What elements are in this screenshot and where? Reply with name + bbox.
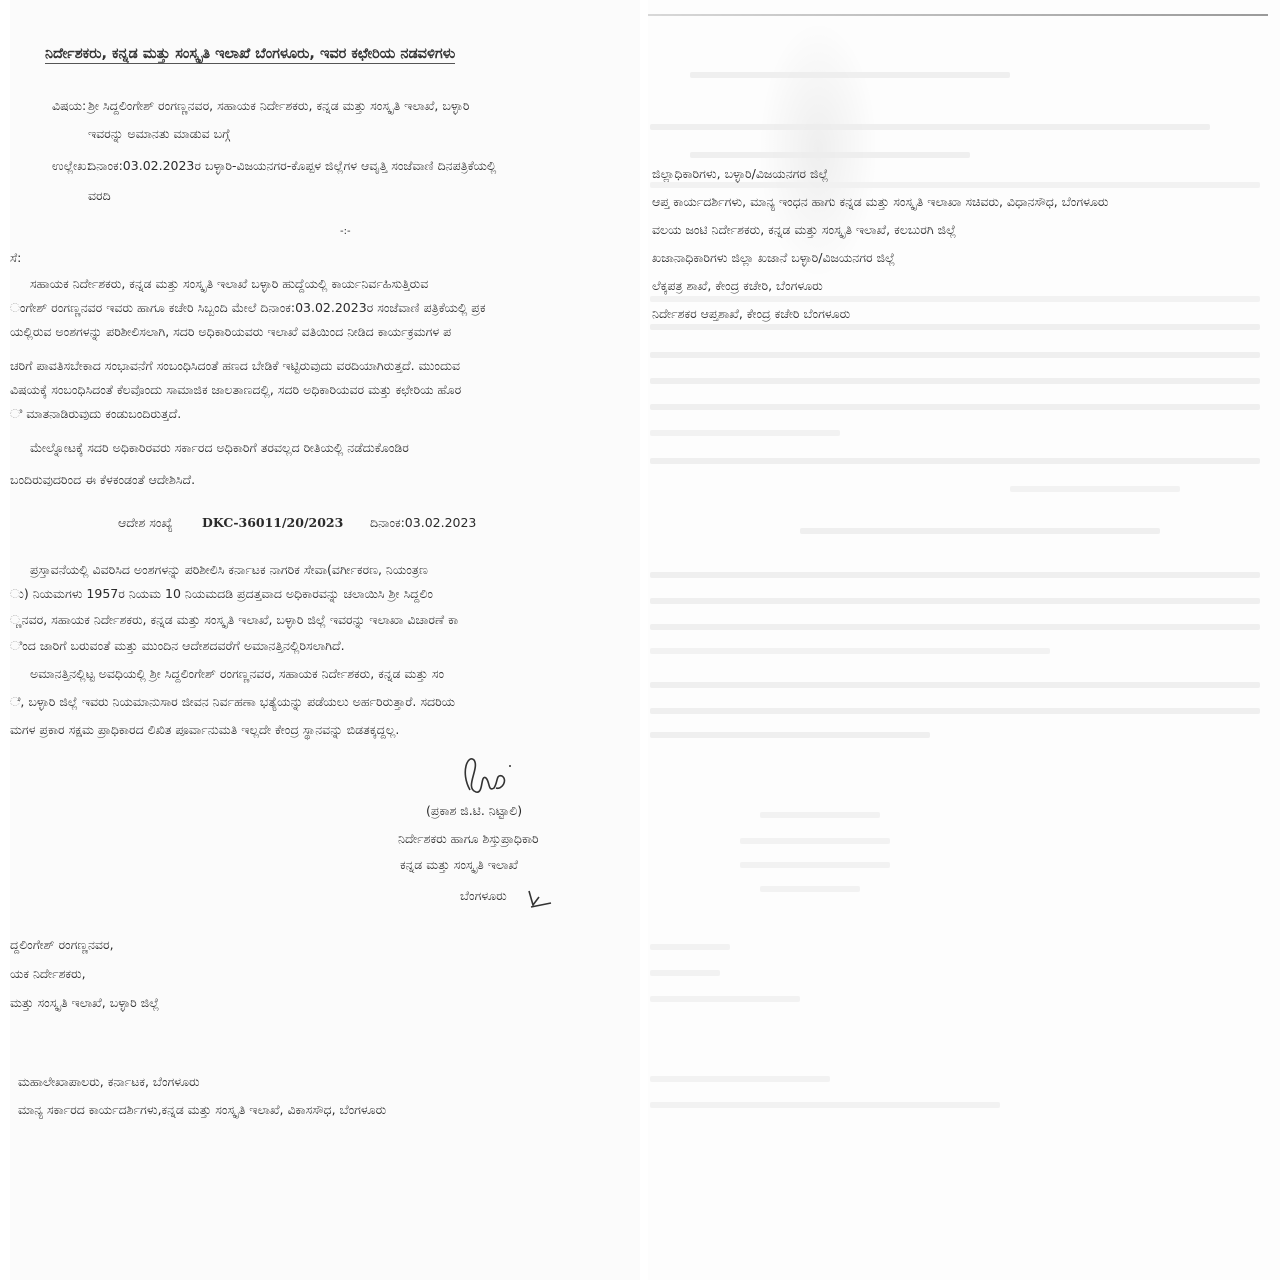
paragraph-line: ಿ ಮಾತನಾಡಿರುವುದು ಕಂಡುಬಂದಿರುತ್ತದೆ.: [10, 406, 181, 422]
preamble-label: ಸೆ:: [10, 250, 21, 266]
reference-line-1: ದಿನಾಂಕ:03.02.2023ರ ಬಳ್ಳಾರಿ-ವಿಜಯನಗರ-ಕೊಪ್ಪ…: [88, 158, 496, 174]
paragraph-line: ಯಲ್ಲಿರುವ ಅಂಶಗಳನ್ನು ಪರಿಶೀಲಿಸಲಾಗಿ, ಸದರಿ ಅಧ…: [10, 324, 451, 340]
order-page-right: [648, 0, 1280, 1280]
order-number-label: ಆದೇಶ ಸಂಖ್ಯೆ: [118, 515, 173, 531]
copy-to-item: ವಲಯ ಜಂಟಿ ನಿರ್ದೇಶಕರು, ಕನ್ನಡ ಮತ್ತು ಸಂಸ್ಕೃತ…: [652, 222, 956, 238]
section-divider: -:-: [340, 224, 351, 240]
signatory-designation: ನಿರ್ದೇಶಕರು ಹಾಗೂ ಶಿಸ್ತುಪ್ರಾಧಿಕಾರಿ: [398, 831, 539, 847]
paragraph-line: ಮಗಳ ಪ್ರಕಾರ ಸಕ್ಷಮ ಪ್ರಾಧಿಕಾರದ ಲಿಖಿತ ಪೂರ್ವಾ…: [10, 722, 399, 738]
reference-label: ಉಲ್ಲೇಖ:: [52, 158, 91, 174]
order-number: DKC-36011/20/2023: [202, 515, 343, 531]
copy-to-item: ಮಹಾಲೇಖಾಪಾಲರು, ಕರ್ನಾಟಕ, ಬೆಂಗಳೂರು: [18, 1074, 200, 1090]
addressee-line: ಮತ್ತು ಸಂಸ್ಕೃತಿ ಇಲಾಖೆ, ಬಳ್ಳಾರಿ ಜಿಲ್ಲೆ: [10, 995, 159, 1011]
signatory-name: (ಪ್ರಕಾಶ ಜಿ.ಟಿ. ನಿಟ್ಟಾಲಿ): [426, 803, 522, 819]
copy-to-item: ಖಜಾನಾಧಿಕಾರಿಗಳು ಜಿಲ್ಲಾ ಖಜಾನೆ ಬಳ್ಳಾರಿ/ವಿಜಯ…: [652, 250, 895, 266]
paragraph-line: ು) ನಿಯಮಗಳು 1957ರ ನಿಯಮ 10 ನಿಯಮದಡಿ ಪ್ರದತ್ತ…: [10, 586, 433, 602]
signature-icon: [450, 752, 520, 800]
paragraph-line: ಅಮಾನತ್ತಿನಲ್ಲಿಟ್ಟ ಅವಧಿಯಲ್ಲಿ ಶ್ರೀ ಸಿದ್ದಲಿಂ…: [30, 666, 444, 682]
copy-to-item: ಜಿಲ್ಲಾಧಿಕಾರಿಗಳು, ಬಳ್ಳಾರಿ/ವಿಜಯನಗರ ಜಿಲ್ಲೆ: [652, 166, 828, 182]
paragraph-line: ಮೇಲ್ನೋಟಕ್ಕೆ ಸದರಿ ಅಧಿಕಾರಿರವರು ಸರ್ಕಾರದ ಅಧಿ…: [30, 440, 409, 456]
copy-to-item: ಆಪ್ತ ಕಾರ್ಯದರ್ಶಿಗಳು, ಮಾನ್ಯ ಇಂಧನ ಹಾಗು ಕನ್ನ…: [652, 194, 1108, 210]
page-edge: [648, 14, 1268, 16]
paragraph-line: ಪ್ರಸ್ತಾವನೆಯಲ್ಲಿ ವಿವರಿಸಿದ ಅಂಶಗಳನ್ನು ಪರಿಶೀ…: [30, 562, 428, 578]
document-title: ನಿರ್ದೇಶಕರು, ಕನ್ನಡ ಮತ್ತು ಸಂಸ್ಕೃತಿ ಇಲಾಖೆ ಬ…: [45, 46, 455, 64]
paragraph-line: ೆ, ಬಳ್ಳಾರಿ ಜಿಲ್ಲೆ ಇವರು ನಿಯಮಾನುಸಾರ ಜೀವನ ನ…: [10, 694, 455, 710]
copy-to-item: ಮಾನ್ಯ ಸರ್ಕಾರದ ಕಾರ್ಯದರ್ಶಿಗಳು,ಕನ್ನಡ ಮತ್ತು …: [18, 1102, 386, 1118]
paragraph-line: ಬಂದಿರುವುದರಿಂದ ಈ ಕೆಳಕಂಡಂತೆ ಆದೇಶಿಸಿದೆ.: [10, 472, 195, 488]
addressee-line: ದ್ದಲಿಂಗೇಶ್ ರಂಗಣ್ಣನವರ,: [10, 937, 114, 953]
addressee-line: ಯಕ ನಿರ್ದೇಶಕರು,: [10, 966, 86, 982]
signatory-place: ಬೆಂಗಳೂರು: [460, 888, 507, 904]
subject-label: ವಿಷಯ:: [52, 98, 86, 114]
paragraph-line: ಿಂದ ಜಾರಿಗೆ ಬರುವಂತೆ ಮತ್ತು ಮುಂದಿನ ಆದೇಶದವರೆ…: [10, 638, 345, 654]
page-shadow: [758, 20, 878, 280]
paragraph-line: ವಿಷಯಕ್ಕೆ ಸಂಬಂಧಿಸಿದಂತೆ ಕೆಲವೊಂದು ಸಾಮಾಜಿಕ ಜ…: [10, 382, 461, 398]
paragraph-line: ಚರಿಗೆ ಪಾವತಿಸಬೇಕಾದ ಸಂಭಾವನೆಗೆ ಸಂಬಂಧಿಸಿದಂತೆ…: [10, 358, 460, 374]
order-date: ದಿನಾಂಕ:03.02.2023: [370, 515, 476, 531]
paragraph-line: ್ಣನವರ, ಸಹಾಯಕ ನಿರ್ದೇಶಕರು, ಕನ್ನಡ ಮತ್ತು ಸಂಸ…: [10, 612, 458, 628]
subject-line-1: ಶ್ರೀ ಸಿದ್ದಲಿಂಗೇಶ್ ರಂಗಣ್ಣನವರ, ಸಹಾಯಕ ನಿರ್ದ…: [88, 98, 469, 114]
paragraph-line: ಂಗೇಶ್ ರಂಗಣ್ಣನವರ ಇವರು ಹಾಗೂ ಕಚೇರಿ ಸಿಬ್ಬಂದಿ…: [10, 300, 485, 316]
copy-to-item: ನಿರ್ದೇಶಕರ ಆಪ್ತಶಾಖೆ, ಕೇಂದ್ರ ಕಚೇರಿ ಬೆಂಗಳೂರ…: [652, 306, 850, 322]
copy-to-item: ಲೆಕ್ಕಪತ್ರ ಶಾಖೆ, ಕೇಂದ್ರ ಕಚೇರಿ, ಬೆಂಗಳೂರು: [652, 278, 823, 294]
paragraph-line: ಸಹಾಯಕ ನಿರ್ದೇಶಕರು, ಕನ್ನಡ ಮತ್ತು ಸಂಸ್ಕೃತಿ ಇ…: [30, 276, 428, 292]
signatory-department: ಕನ್ನಡ ಮತ್ತು ಸಂಸ್ಕೃತಿ ಇಲಾಖೆ: [400, 857, 518, 873]
tick-mark-icon: [525, 887, 555, 913]
reference-line-2: ವರದಿ: [88, 188, 111, 204]
subject-line-2: ಇವರನ್ನು ಅಮಾನತು ಮಾಡುವ ಬಗ್ಗೆ: [88, 126, 230, 142]
